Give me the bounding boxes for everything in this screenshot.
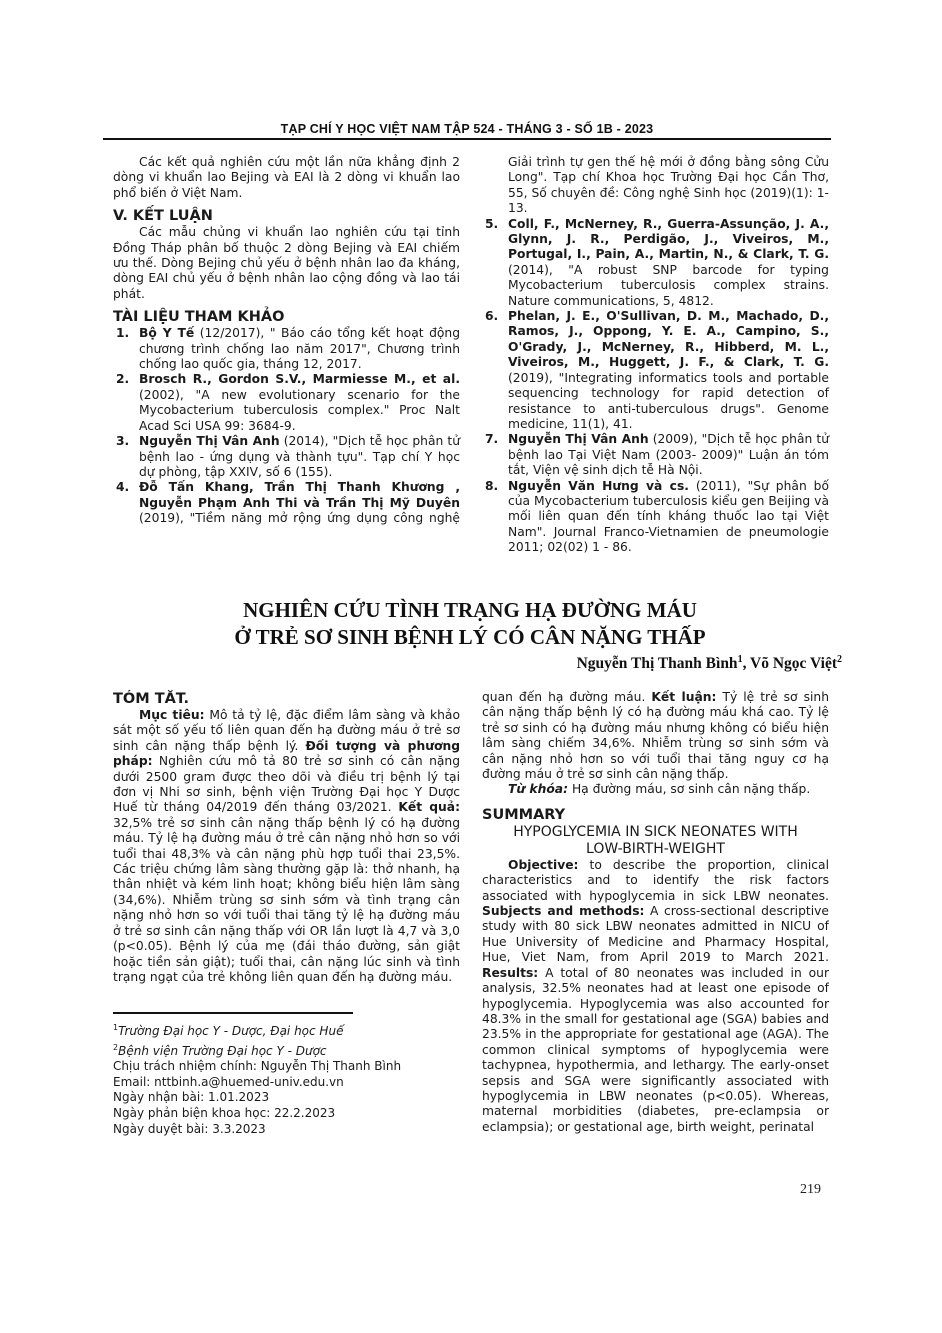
keywords: Từ khóa: Hạ đường máu, sơ sinh cân nặng … [482,782,829,797]
date-approved: Ngày duyệt bài: 3.3.2023 [113,1122,401,1138]
reference-item: 6.Phelan, J. E., O'Sullivan, D. M., Mach… [482,309,829,432]
footnote-rule [113,1012,353,1014]
author-1: Nguyễn Thị Thanh Bình [577,655,738,672]
summary-heading: SUMMARY [482,806,829,824]
conclusion-text: Các mẫu chủng vi khuẩn lao nghiên cứu tạ… [113,225,460,302]
article-authors: Nguyễn Thị Thanh Bình1, Võ Ngọc Việt2 [577,654,842,673]
summary-body: Objective: to describe the proportion, c… [482,858,829,1135]
abstract-right-column: quan đến hạ đường máu. Kết luận: Tỷ lệ t… [482,690,829,1145]
summary-title-line-1: HYPOGLYCEMIA IN SICK NEONATES WITH [482,824,829,841]
date-received: Ngày nhận bài: 1.01.2023 [113,1090,401,1106]
email: Email: nttbinh.a@huemed-univ.edu.vn [113,1075,401,1091]
reference-item: 2.Brosch R., Gordon S.V., Marmiesse M., … [113,372,460,434]
abstract-vi: TÓM TẮT. Mục tiêu: Mô tả tỷ lệ, đặc điểm… [113,690,460,990]
abstract-heading: TÓM TẮT. [113,690,460,708]
conclusion-heading: V. KẾT LUẬN [113,207,460,225]
page-number: 219 [800,1182,821,1198]
abstract-body: Mục tiêu: Mô tả tỷ lệ, đặc điểm lâm sàng… [113,708,460,985]
author-2: Võ Ngọc Việt [750,655,837,672]
reference-item: 4.Đỗ Tấn Khang, Trần Thị Thanh Khương , … [113,480,460,526]
affiliation-1: 1Trường Đại học Y - Dược, Đại học Huế [113,1020,401,1040]
reference-item: 5.Coll, F., McNerney, R., Guerra-Assunçã… [482,217,829,309]
abstract-vi-continuation: quan đến hạ đường máu. Kết luận: Tỷ lệ t… [482,690,829,782]
header-rule [103,138,831,140]
summary-title-line-2: LOW-BIRTH-WEIGHT [482,841,829,858]
prev-article-left-column: Các kết quả nghiên cứu một lần nữa khẳng… [113,155,460,526]
footnotes: 1Trường Đại học Y - Dược, Đại học Huế 2B… [113,1020,401,1137]
prev-article-right-column: Giải trình tự gen thế hệ mới ở đồng bằng… [482,155,829,556]
article-title-line-2: Ở TRẺ SƠ SINH BỆNH LÝ CÓ CÂN NẶNG THẤP [150,624,790,651]
corresponding-author: Chịu trách nhiệm chính: Nguyễn Thị Thanh… [113,1059,401,1075]
article-title-line-1: NGHIÊN CỨU TÌNH TRẠNG HẠ ĐƯỜNG MÁU [150,597,790,624]
reference-item: 8.Nguyễn Văn Hưng và cs. (2011), "Sự phâ… [482,479,829,556]
date-reviewed: Ngày phản biện khoa học: 22.2.2023 [113,1106,401,1122]
reference-item: 3.Nguyễn Thị Vân Anh (2014), "Dịch tễ họ… [113,434,460,480]
reference-item: 7.Nguyễn Thị Vân Anh (2009), "Dịch tễ họ… [482,432,829,478]
reference-continuation: Giải trình tự gen thế hệ mới ở đồng bằng… [482,155,829,217]
discussion-tail: Các kết quả nghiên cứu một lần nữa khẳng… [113,155,460,201]
affiliation-2: 2Bệnh viện Trường Đại học Y - Dược [113,1040,401,1060]
journal-header: TẠP CHÍ Y HỌC VIỆT NAM TẬP 524 - THÁNG 3… [103,122,831,136]
references-heading: TÀI LIỆU THAM KHẢO [113,308,460,326]
reference-item: 1.Bộ Y Tế (12/2017), " Báo cáo tổng kết … [113,326,460,372]
